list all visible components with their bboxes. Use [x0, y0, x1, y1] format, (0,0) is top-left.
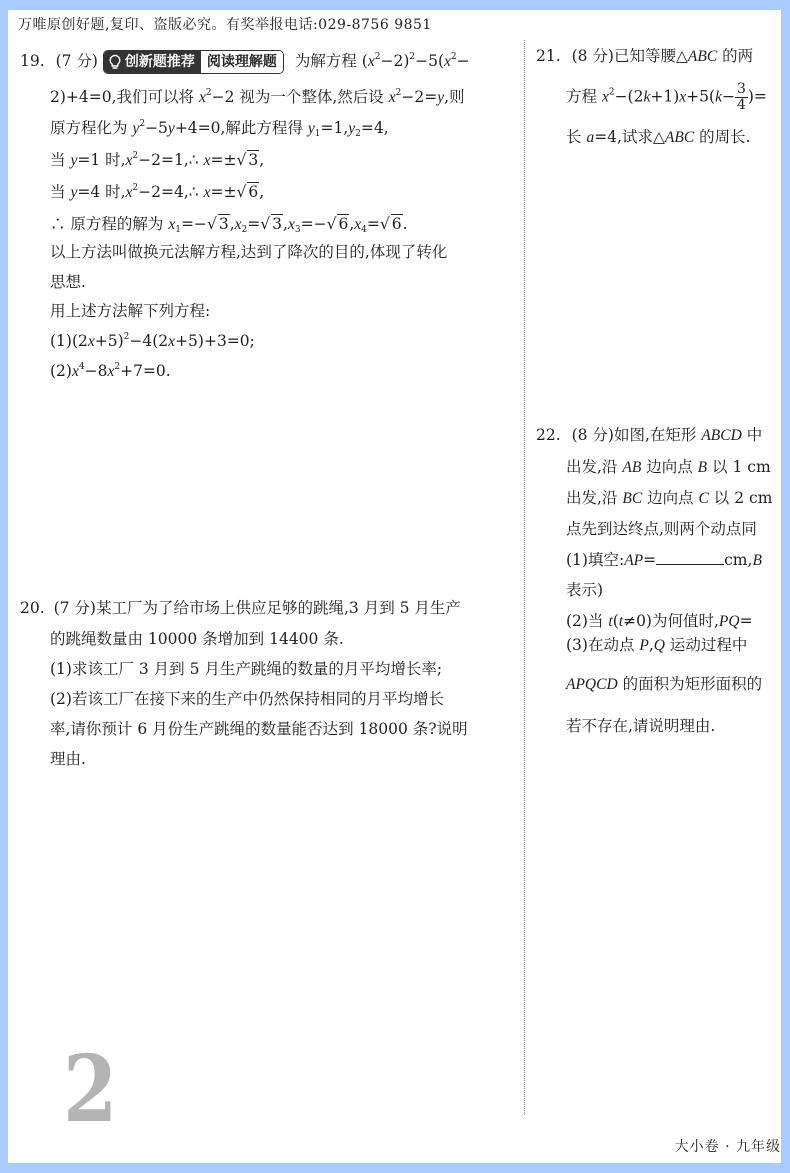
q22-line-6: (2)当 t(t≠0)为何值时,PQ= [566, 611, 753, 632]
q22-line-0: 如图,在矩形 ABCD 中 [614, 426, 762, 444]
q22-line-3: 点先到达终点,则两个动点同 [566, 519, 757, 539]
q22-line-5: 表示) [566, 580, 603, 600]
answer-blank [656, 550, 724, 565]
q19-score: (7 分) [56, 52, 98, 70]
q19-part-2: (2)x4−8x2+7=0. [50, 361, 171, 382]
q20-heading: 20. (7 分)某工厂为了给市场上供应足够的跳绳,3 月到 5 月生产 [20, 598, 461, 618]
q19-line-6: 以上方法叫做换元法解方程,达到了降次的目的,体现了转化 [50, 242, 447, 262]
q20-line-4: 率,请你预计 6 月份生产跳绳的数量能否达到 18000 条?说明 [50, 719, 468, 739]
q22-line-8: APQCD 的面积为矩形面积的 [566, 674, 762, 695]
q19-line-7: 思想. [50, 272, 86, 292]
q21-line-1: 方程 x2−(2k+1)x+5(k−34)= [566, 82, 767, 113]
q19-part-1: (1)(2x+5)2−4(2x+5)+3=0; [50, 331, 255, 352]
q22-line-7: (3)在动点 P,Q 运动过程中 [566, 635, 747, 656]
column-divider [524, 40, 525, 1115]
q22-line-1: 出发,沿 AB 边向点 B 以 1 cm [566, 457, 771, 478]
q20-line-1: 的跳绳数量由 10000 条增加到 14400 条. [50, 629, 344, 649]
q19-line-4: 当 y=4 时,x2−2=4,∴ x=±√6, [50, 182, 264, 203]
q21-score: (8 分) [572, 47, 614, 65]
exam-page: 万唯原创好题,复印、盗版必究。有奖举报电话:029-8756 9851 19. … [8, 10, 781, 1163]
page-number: 2 [63, 1035, 116, 1143]
q20-line-5: 理由. [50, 749, 86, 769]
q21-line-2: 长 a=4,试求△ABC 的周长. [566, 127, 751, 148]
q21-line-0: 已知等腰△ABC 的两 [614, 47, 753, 65]
badge-type-label: 阅读理解题 [201, 51, 283, 73]
q20-line-0: 某工厂为了给市场上供应足够的跳绳,3 月到 5 月生产 [96, 599, 461, 617]
footer-series: 大小卷 · 九年级 [675, 1136, 781, 1156]
q21-heading: 21. (8 分)已知等腰△ABC 的两 [536, 46, 753, 67]
q19-line-3: 当 y=1 时,x2−2=1,∴ x=±√3, [50, 150, 264, 171]
q20-line-3: (2)若该工厂在接下来的生产中仍然保持相同的月平均增长 [50, 689, 444, 709]
q21-number: 21. [536, 47, 561, 65]
q19-number: 19. [20, 52, 45, 70]
q19-line-0: 为解方程 (x2−2)2−5(x2− [295, 52, 470, 70]
q22-heading: 22. (8 分)如图,在矩形 ABCD 中 [536, 425, 762, 446]
q20-line-2: (1)求该工厂 3 月到 5 月生产跳绳的数量的月平均增长率; [50, 659, 442, 679]
q20-score: (7 分) [54, 599, 96, 617]
q22-line-9: 若不存在,请说明理由. [566, 716, 715, 736]
lightbulb-icon [108, 54, 122, 70]
badge-recommend-label: 创新题推荐 [125, 52, 195, 72]
q22-line-2: 出发,沿 BC 边向点 C 以 2 cm [566, 488, 772, 509]
q22-line-4: (1)填空:AP=cm,B [566, 550, 762, 571]
q19-line-1: 2)+4=0,我们可以将 x2−2 视为一个整体,然后设 x2−2=y,则 [50, 87, 465, 108]
q19-line-8: 用上述方法解下列方程: [50, 301, 210, 321]
q19-badge: 创新题推荐 阅读理解题 [103, 50, 284, 74]
q19-heading: 19. (7 分) 创新题推荐 阅读理解题 为解方程 (x2−2)2−5(x2− [20, 50, 470, 74]
fraction-3-4: 34 [735, 82, 748, 113]
q19-line-5: ∴ 原方程的解为 x1=−√3,x2=√3,x3=−√6,x4=√6. [50, 214, 408, 235]
q20-number: 20. [20, 599, 45, 617]
q19-line-2: 原方程化为 y2−5y+4=0,解此方程得 y1=1,y2=4, [50, 118, 389, 139]
q22-number: 22. [536, 426, 561, 444]
q22-score: (8 分) [572, 426, 614, 444]
copyright-notice: 万唯原创好题,复印、盗版必究。有奖举报电话:029-8756 9851 [18, 14, 432, 34]
